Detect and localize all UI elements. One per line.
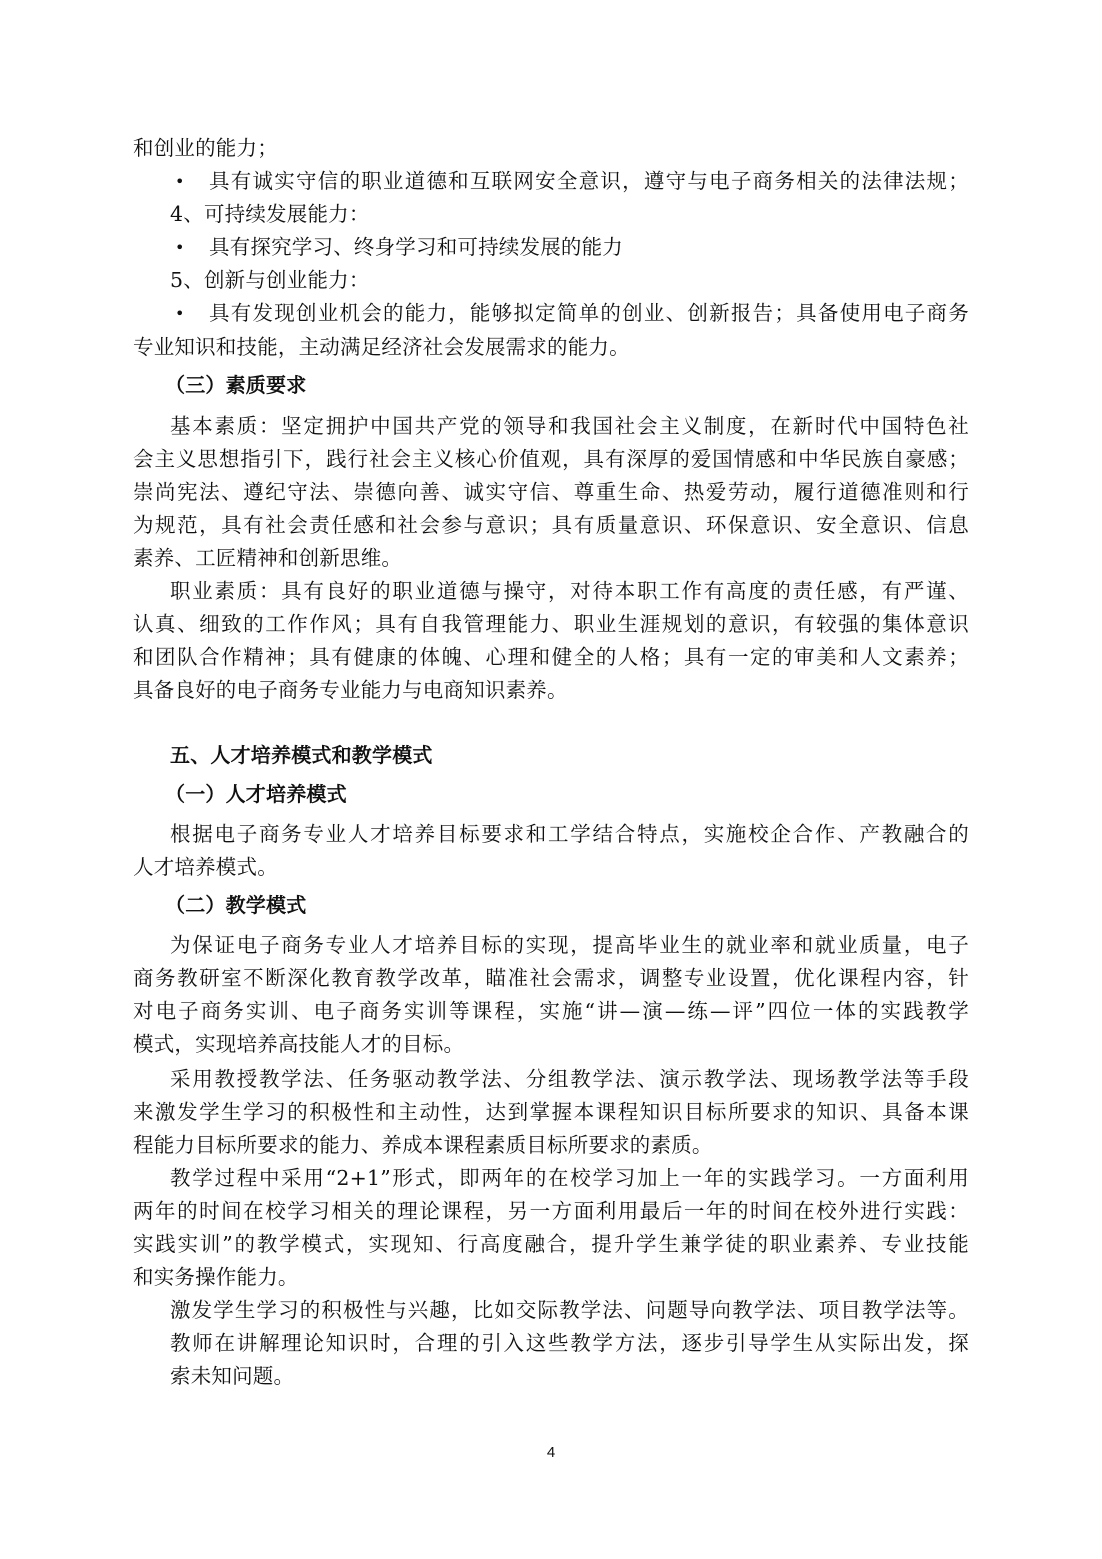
paragraph-line: 具备良好的电子商务专业能力与电商知识素养。 xyxy=(133,674,969,707)
bullet-icon: • xyxy=(175,165,187,198)
paragraph-line: 程能力目标所要求的能力、养成本课程素质目标所要求的素质。 xyxy=(133,1129,969,1162)
bullet-item: • 具有发现创业机会的能力，能够拟定简单的创业、创新报告；具备使用电子商务 xyxy=(175,297,969,330)
paragraph-line: 为保证电子商务专业人才培养目标的实现，提高毕业生的就业率和就业质量，电子 xyxy=(170,929,969,962)
paragraph-line: 两年的时间在校学习相关的理论课程，另一方面利用最后一年的时间在校外进行实践： xyxy=(133,1195,969,1228)
bullet-item: • 具有诚实守信的职业道德和互联网安全意识，遵守与电子商务相关的法律法规； xyxy=(175,165,969,198)
paragraph-line: 索未知问题。 xyxy=(170,1360,969,1393)
text-line: 和创业的能力； xyxy=(133,132,969,165)
list-heading: 5、创新与创业能力： xyxy=(170,264,969,297)
paragraph-line: 人才培养模式。 xyxy=(133,851,969,884)
paragraph-line: 模式，实现培养高技能人才的目标。 xyxy=(133,1028,969,1061)
paragraph-line: 教师在讲解理论知识时，合理的引入这些教学方法，逐步引导学生从实际出发，探 xyxy=(170,1327,969,1360)
paragraph-line: 和实务操作能力。 xyxy=(133,1261,969,1294)
paragraph-line: 认真、细致的工作作风；具有自我管理能力、职业生涯规划的意识，有较强的集体意识 xyxy=(133,608,969,641)
paragraph-line: 采用教授教学法、任务驱动教学法、分组教学法、演示教学法、现场教学法等手段 xyxy=(170,1063,969,1096)
page-number: 4 xyxy=(0,1444,1102,1461)
paragraph-line: 和团队合作精神；具有健康的体魄、心理和健全的人格；具有一定的审美和人文素养； xyxy=(133,641,969,674)
paragraph-line: 职业素质：具有良好的职业道德与操守，对待本职工作有高度的责任感，有严谨、 xyxy=(170,575,969,608)
paragraph-line: 教学过程中采用“2+1”形式，即两年的在校学习加上一年的实践学习。一方面利用 xyxy=(170,1162,969,1195)
bullet-icon: • xyxy=(175,297,187,330)
paragraph-line: 激发学生学习的积极性与兴趣，比如交际教学法、问题导向教学法、项目教学法等。 xyxy=(170,1294,969,1327)
bullet-icon: • xyxy=(175,231,187,264)
paragraph-line: 基本素质：坚定拥护中国共产党的领导和我国社会主义制度，在新时代中国特色社 xyxy=(170,410,969,443)
paragraph-line: 会主义思想指引下，践行社会主义核心价值观，具有深厚的爱国情感和中华民族自豪感； xyxy=(133,443,969,476)
bullet-text: 具有诚实守信的职业道德和互联网安全意识，遵守与电子商务相关的法律法规； xyxy=(209,165,969,198)
bullet-text: 具有发现创业机会的能力，能够拟定简单的创业、创新报告；具备使用电子商务 xyxy=(209,297,969,330)
text-line: 专业知识和技能，主动满足经济社会发展需求的能力。 xyxy=(133,331,969,364)
paragraph-line: 为规范，具有社会责任感和社会参与意识；具有质量意识、环保意识、安全意识、信息 xyxy=(133,509,969,542)
section-heading-quality: （三）素质要求 xyxy=(165,369,1001,402)
chapter-heading: 五、人才培养模式和教学模式 xyxy=(170,739,1006,772)
paragraph-line: 商务教研室不断深化教育教学改革，瞄准社会需求，调整专业设置，优化课程内容，针 xyxy=(133,962,969,995)
section-heading-talent-model: （一）人才培养模式 xyxy=(165,778,1001,811)
bullet-text: 具有探究学习、终身学习和可持续发展的能力 xyxy=(209,231,969,264)
paragraph-line: 根据电子商务专业人才培养目标要求和工学结合特点，实施校企合作、产教融合的 xyxy=(170,818,969,851)
bullet-item: • 具有探究学习、终身学习和可持续发展的能力 xyxy=(175,231,969,264)
list-heading: 4、可持续发展能力： xyxy=(170,198,969,231)
paragraph-line: 崇尚宪法、遵纪守法、崇德向善、诚实守信、尊重生命、热爱劳动，履行道德准则和行 xyxy=(133,476,969,509)
paragraph-line: 素养、工匠精神和创新思维。 xyxy=(133,542,969,575)
paragraph-line: 对电子商务实训、电子商务实训等课程，实施“讲—演—练—评”四位一体的实践教学 xyxy=(133,995,969,1028)
paragraph-line: 实践实训”的教学模式，实现知、行高度融合，提升学生兼学徒的职业素养、专业技能 xyxy=(133,1228,969,1261)
paragraph-line: 来激发学生学习的积极性和主动性，达到掌握本课程知识目标所要求的知识、具备本课 xyxy=(133,1096,969,1129)
section-heading-teaching-model: （二）教学模式 xyxy=(165,889,1001,922)
document-page: 和创业的能力； • 具有诚实守信的职业道德和互联网安全意识，遵守与电子商务相关的… xyxy=(0,0,1102,1559)
